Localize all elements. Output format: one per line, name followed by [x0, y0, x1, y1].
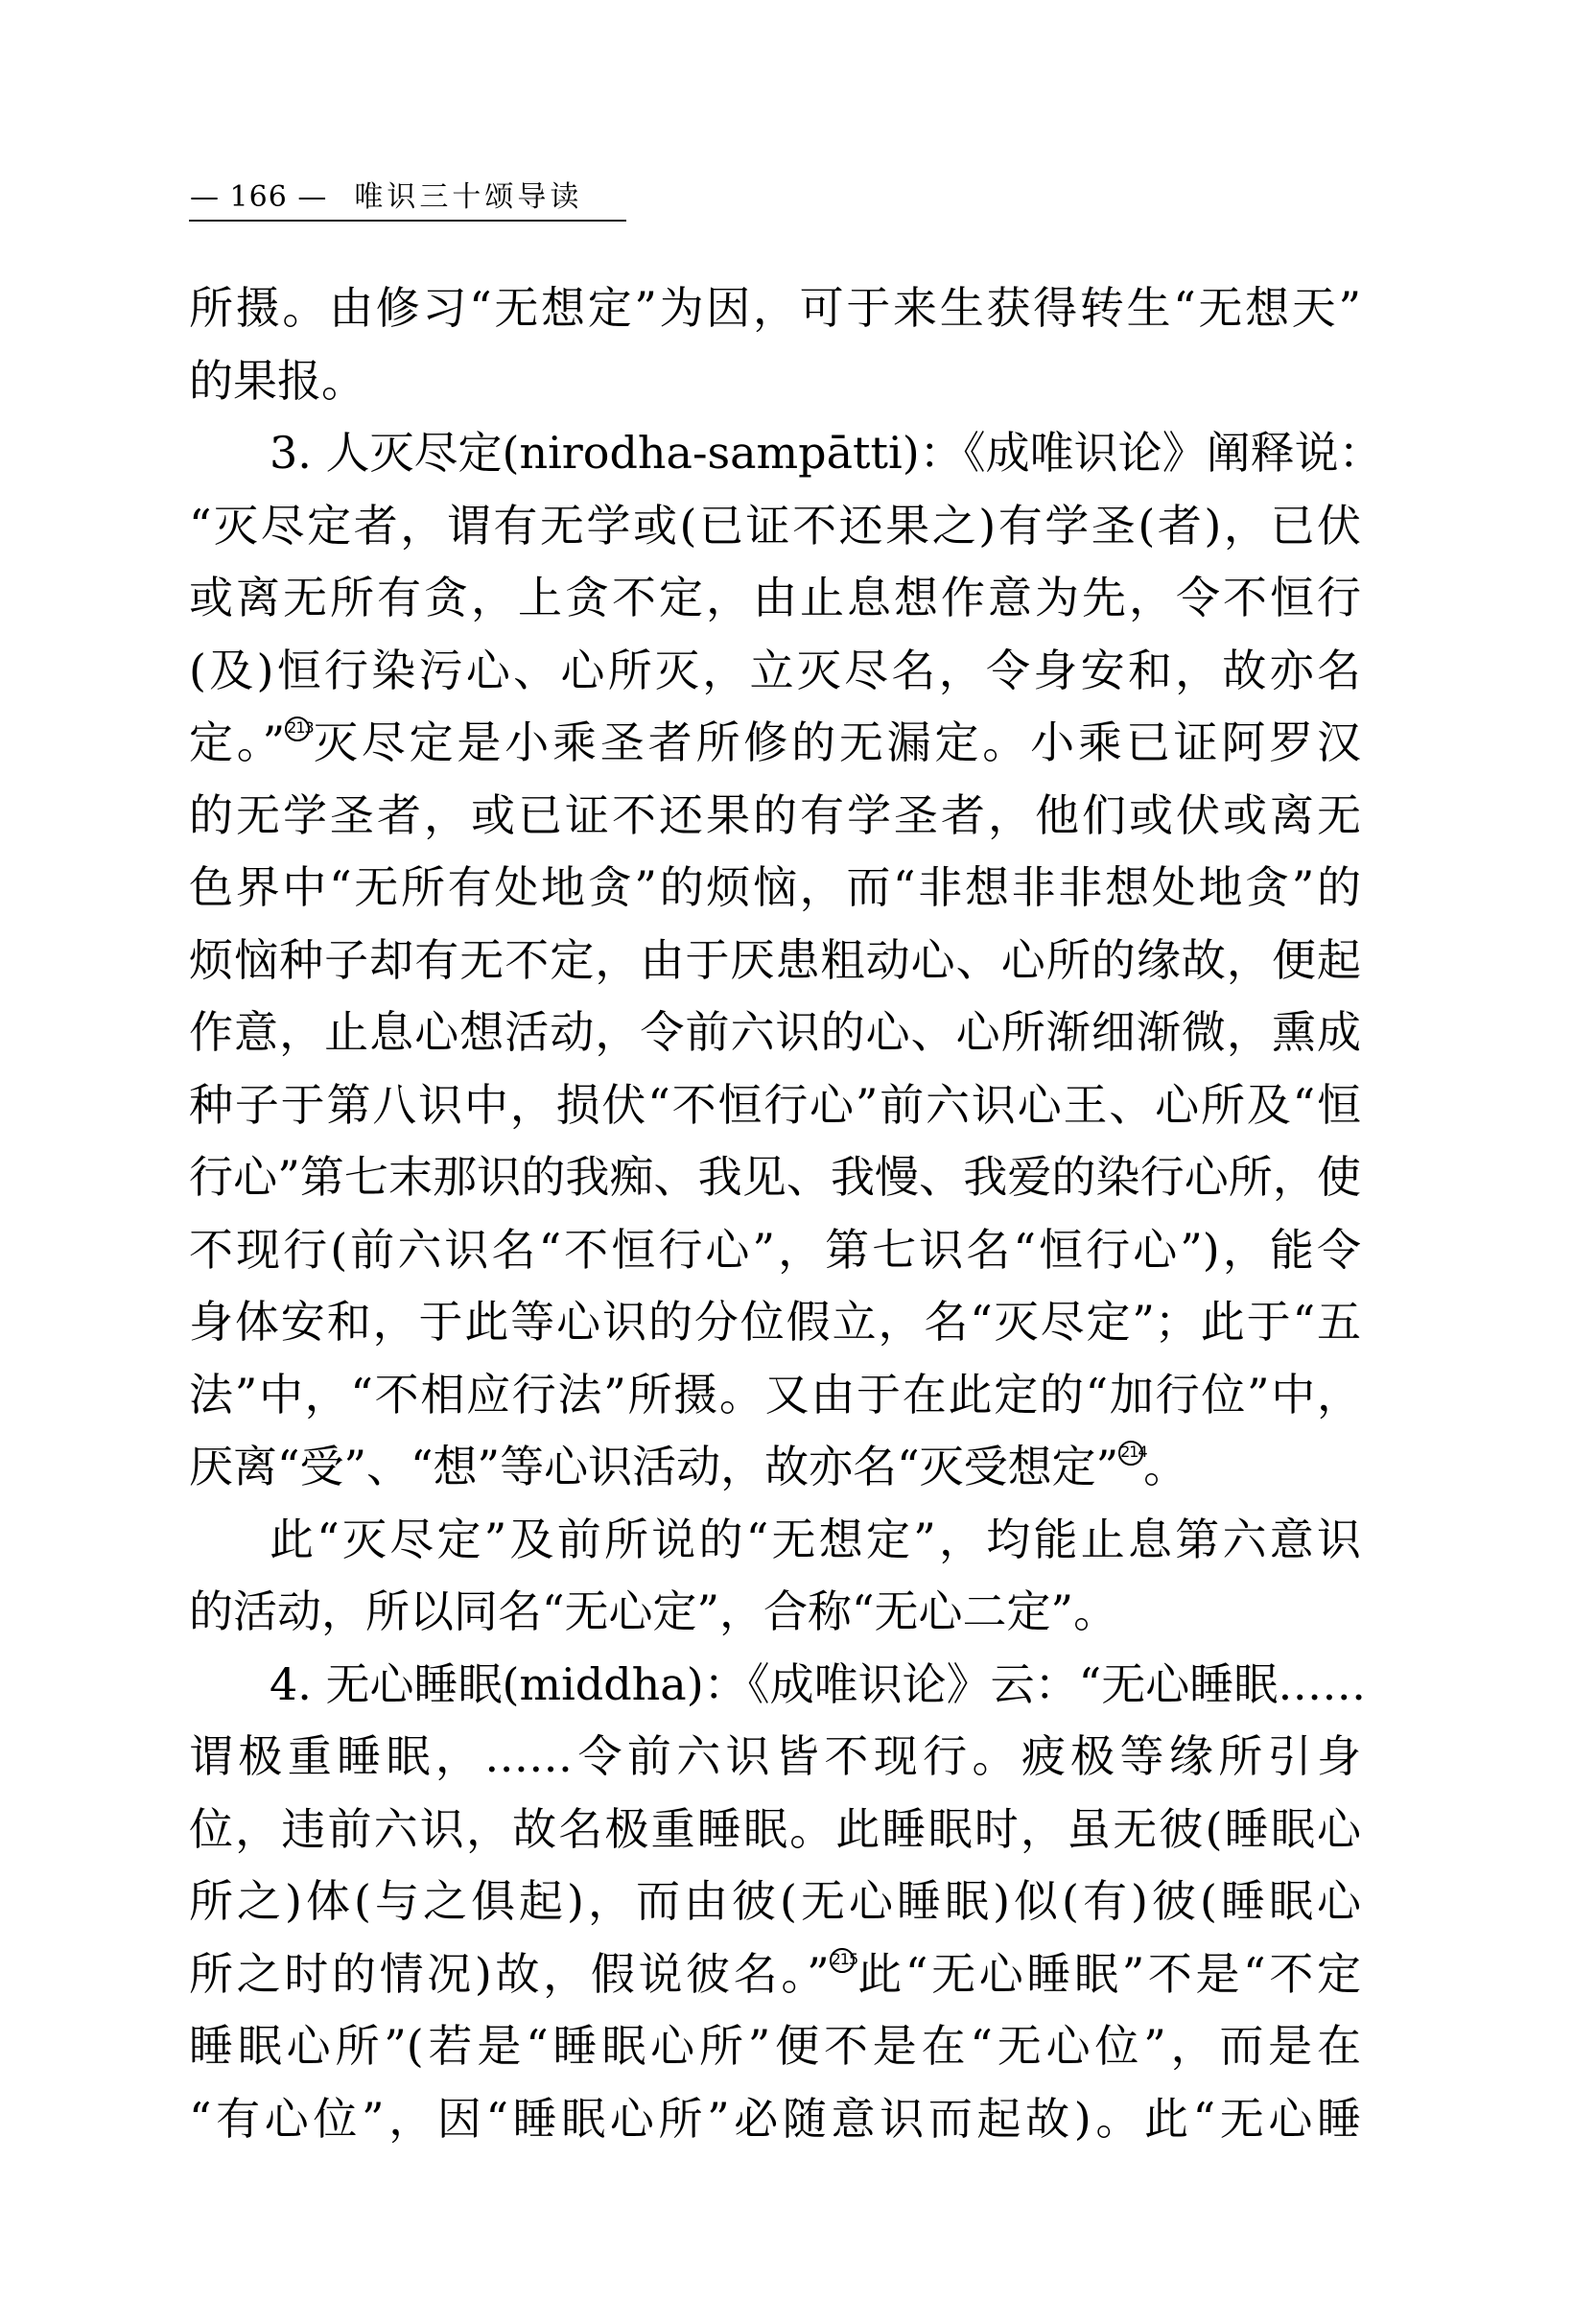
- section-heading-4: 4. 无心睡眠(middha)：《成唯识论》云：“无心睡眠……: [189, 1649, 1361, 1722]
- text-line: 位，违前六识，故名极重睡眠。此睡眠时，虽无彼(睡眠心: [189, 1794, 1361, 1867]
- text-line: 色界中“无所有处地贪”的烦恼，而“非想非非想处地贪”的: [189, 852, 1361, 925]
- text-line: 睡眠心所”(若是“睡眠心所”便不是在“无心位”，而是在: [189, 2010, 1361, 2083]
- text-line: 种子于第八识中，损伏“不恒行心”前六识心王、心所及“恒: [189, 1069, 1361, 1142]
- text-line: “灭尽定者，谓有无学或(已证不还果之)有学圣(者)，已伏: [189, 490, 1361, 563]
- header-rule: [189, 220, 626, 222]
- footnote-marker: 213: [285, 716, 310, 741]
- book-title: 唯识三十颂导读: [354, 178, 582, 217]
- text-line: 烦恼种子却有无不定，由于厌患粗动心、心所的缘故，便起: [189, 925, 1361, 998]
- text-line: 此“灭尽定”及前所说的“无想定”，均能止息第六意识: [189, 1504, 1361, 1577]
- text-line: 不现行(前六识名“不恒行心”，第七识名“恒行心”)，能令: [189, 1214, 1361, 1287]
- text-line: 所之时的情况)故，假说彼名。”215此“无心睡眠”不是“不定: [189, 1938, 1361, 2011]
- text-line: 法”中，“不相应行法”所摄。又由于在此定的“加行位”中，: [189, 1359, 1361, 1432]
- running-header: — 166 — 唯识三十颂导读: [190, 178, 625, 217]
- text-line: 行心”第七末那识的我痴、我见、我慢、我爱的染行心所，使: [189, 1141, 1361, 1214]
- section-heading-3: 3. 人灭尽定(nirodha-sampātti)：《成唯识论》阐释说：: [189, 417, 1361, 490]
- text-line: 定。”213灭尽定是小乘圣者所修的无漏定。小乘已证阿罗汉: [189, 707, 1361, 780]
- text-line: “有心位”，因“睡眠心所”必随意识而起故)。此“无心睡: [189, 2083, 1361, 2156]
- text-line: 的果报。: [189, 345, 1361, 418]
- line-segment: 灭尽定是小乘圣者所修的无漏定。小乘已证阿罗汉: [310, 716, 1361, 768]
- text-line: 的无学圣者，或已证不还果的有学圣者，他们或伏或离无: [189, 780, 1361, 853]
- text-line: (及)恒行染污心、心所灭，立灭尽名，令身安和，故亦名: [189, 635, 1361, 708]
- text-line: 作意，止息心想活动，令前六识的心、心所渐细渐微，熏成: [189, 997, 1361, 1069]
- text-line: 身体安和，于此等心识的分位假立，名“灭尽定”；此于“五: [189, 1286, 1361, 1359]
- text-line: 厌离“受”、“想”等心识活动，故亦名“灭受想定”214。: [189, 1431, 1361, 1504]
- footnote-marker: 214: [1118, 1441, 1143, 1466]
- text-line: 谓极重睡眠，……令前六识皆不现行。疲极等缘所引身: [189, 1721, 1361, 1794]
- text-line: 所摄。由修习“无想定”为因，可于来生获得转生“无想天”: [189, 272, 1361, 345]
- line-segment: 所之时的情况)故，假说彼名。”: [189, 1948, 830, 2000]
- line-segment: 此“无心睡眠”不是“不定: [855, 1948, 1361, 2000]
- body-text: 所摄。由修习“无想定”为因，可于来生获得转生“无想天” 的果报。 3. 人灭尽定…: [189, 272, 1361, 2155]
- text-line: 所之)体(与之俱起)，而由彼(无心睡眠)似(有)彼(睡眠心: [189, 1866, 1361, 1938]
- text-line: 或离无所有贪，上贪不定，由止息想作意为先，令不恒行: [189, 562, 1361, 635]
- line-segment: 厌离“受”、“想”等心识活动，故亦名“灭受想定”: [189, 1441, 1118, 1492]
- line-segment: 。: [1143, 1441, 1187, 1492]
- line-segment: 定。”: [189, 716, 285, 768]
- page-number: — 166 —: [190, 178, 327, 217]
- footnote-marker: 215: [830, 1948, 855, 1973]
- text-line: 的活动，所以同名“无心定”，合称“无心二定”。: [189, 1576, 1361, 1649]
